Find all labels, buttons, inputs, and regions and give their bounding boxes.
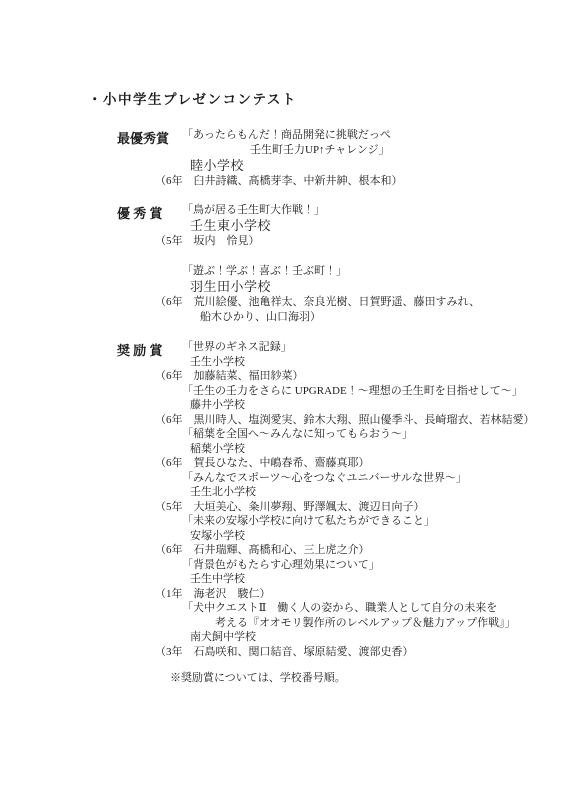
entry-title-line: 「鳥が居る壬生町大作戦！」	[155, 203, 536, 218]
award-label-grand-prize: 最優秀賞	[117, 128, 169, 147]
entry-fujii-elementary: 「壬生の壬力をさらに UPGRADE！～理想の壬生町を目指せして～」 藤井小学校…	[155, 384, 536, 428]
members-line: （5年 坂内 怜見）	[155, 234, 536, 249]
members-line: （3年 石島咲和、関口結音、塚原結愛、渡部史香）	[155, 645, 536, 660]
entry-mutsumi-elementary: 「あったらもんだ！商品開発に挑戦だっぺ 壬生町壬力UP↑チャレンジ」 睦小学校 …	[155, 128, 536, 189]
members-line: （6年 賀長ひなた、中嶋春希、齋藤真耶）	[155, 456, 536, 471]
entry-inaba-elementary: 「稲葉を全国へ～みんなに知ってもらおう～」 稲葉小学校 （6年 賀長ひなた、中嶋…	[155, 427, 536, 471]
school-name: 藤井小学校	[155, 398, 536, 413]
entry-title-line: 「壬生の壬力をさらに UPGRADE！～理想の壬生町を目指せして～」	[155, 384, 536, 399]
members-line: （1年 海老沢 駿仁）	[155, 587, 536, 602]
school-name: 羽生田小学校	[155, 278, 536, 295]
section-excellence-prize: 優 秀 賞 「鳥が居る壬生町大作戦！」 壬生東小学校 （5年 坂内 怜見） 「遊…	[155, 203, 536, 325]
entry-minami-inukai-junior-high: 「犬中クエストⅡ 働く人の姿から、職業人として自分の未来を 考える『オオモリ製作…	[155, 601, 536, 659]
entry-mibu-elementary: 「世界のギネス記録」 壬生小学校 （6年 加藤結菜、福田紗菜）	[155, 340, 536, 384]
entry-hanyuda-elementary: 「遊ぶ！学ぶ！喜ぶ！壬ぶ町！」 羽生田小学校 （6年 荒川絵優、池亀祥太、奈良光…	[155, 264, 536, 325]
entry-title-line: 「みんなでスポーツ～心をつなぐユニバーサルな世界～」	[155, 471, 536, 486]
members-line: （6年 石井瑞輝、髙橋和心、三上虎之介）	[155, 543, 536, 558]
entry-mibu-kita-elementary: 「みんなでスポーツ～心をつなぐユニバーサルな世界～」 壬生北小学校 （5年 大垣…	[155, 471, 536, 515]
entry-title-line: 「遊ぶ！学ぶ！喜ぶ！壬ぶ町！」	[155, 264, 536, 279]
page-title: ・小中学生プレゼンコンテスト	[88, 88, 536, 108]
entry-title-line: 「未来の安塚小学校に向けて私たちができること」	[155, 514, 536, 529]
school-name: 睦小学校	[155, 157, 536, 174]
footnote: ※奨励賞については、学校番号順。	[170, 671, 536, 686]
entry-title-line: 「あったらもんだ！商品開発に挑戦だっぺ	[155, 128, 536, 143]
school-name: 壬生北小学校	[155, 485, 536, 500]
school-name: 壬生中学校	[155, 572, 536, 587]
members-line: （6年 加藤結菜、福田紗菜）	[155, 369, 536, 384]
members-line: （6年 臼井詩織、髙橋芽李、中新井紳、根本和）	[155, 174, 536, 189]
members-line: （6年 黒川時人、塩渕愛実、鈴木大翔、照山優季斗、長崎瑠衣、若林結愛）	[155, 413, 536, 428]
section-grand-prize: 最優秀賞 「あったらもんだ！商品開発に挑戦だっぺ 壬生町壬力UP↑チャレンジ」 …	[155, 128, 536, 189]
entry-title-line: 考える『オオモリ製作所のレベルアップ＆魅力アップ作戦』」	[155, 616, 536, 631]
members-line: （6年 荒川絵優、池亀祥太、奈良光樹、日賀野遥、藤田すみれ、	[155, 295, 536, 310]
members-line: （5年 大垣美心、粂川夢翔、野澤颯太、渡辺日向子）	[155, 500, 536, 515]
award-label-encouragement-prize: 奨 励 賞	[117, 340, 163, 359]
document-page: ・小中学生プレゼンコンテスト 最優秀賞 「あったらもんだ！商品開発に挑戦だっぺ …	[0, 0, 566, 800]
school-name: 安塚小学校	[155, 529, 536, 544]
entry-title-line: 「世界のギネス記録」	[155, 340, 536, 355]
members-line: 船木ひかり、山口海羽）	[155, 310, 536, 325]
school-name: 稲葉小学校	[155, 442, 536, 457]
entry-title-line: 「犬中クエストⅡ 働く人の姿から、職業人として自分の未来を	[155, 601, 536, 616]
entry-title-line: 壬生町壬力UP↑チャレンジ」	[155, 143, 536, 158]
entry-title-line: 「背景色がもたらす心理効果について」	[155, 558, 536, 573]
school-name: 壬生東小学校	[155, 217, 536, 234]
entry-mibu-junior-high: 「背景色がもたらす心理効果について」 壬生中学校 （1年 海老沢 駿仁）	[155, 558, 536, 602]
school-name: 南犬飼中学校	[155, 630, 536, 645]
section-encouragement-prize: 奨 励 賞 「世界のギネス記録」 壬生小学校 （6年 加藤結菜、福田紗菜） 「壬…	[155, 340, 536, 659]
award-label-excellence-prize: 優 秀 賞	[117, 203, 163, 222]
entry-mibu-higashi-elementary: 「鳥が居る壬生町大作戦！」 壬生東小学校 （5年 坂内 怜見）	[155, 203, 536, 249]
school-name: 壬生小学校	[155, 355, 536, 370]
entry-yasuzuka-elementary: 「未来の安塚小学校に向けて私たちができること」 安塚小学校 （6年 石井瑞輝、髙…	[155, 514, 536, 558]
entry-title-line: 「稲葉を全国へ～みんなに知ってもらおう～」	[155, 427, 536, 442]
